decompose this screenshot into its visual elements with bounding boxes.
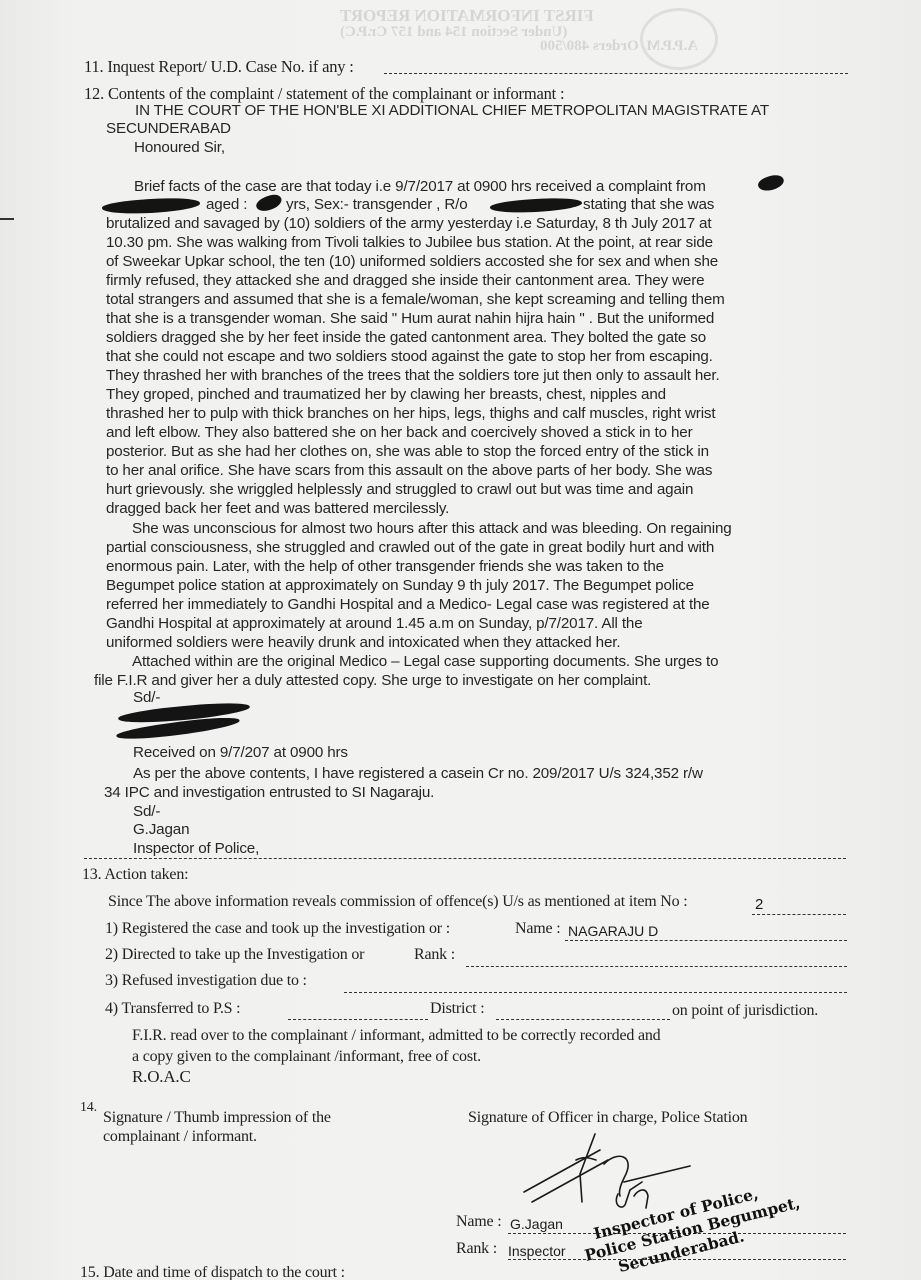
complaint-line: hurt grievously. she wriggled helplessly…: [106, 481, 693, 498]
item15-label: 15. Date and time of dispatch to the cou…: [80, 1264, 345, 1280]
complaint-line: posterior. But as she had her clothes on…: [106, 443, 709, 460]
fir-read-line-1: F.I.R. read over to the complainant / in…: [132, 1027, 660, 1045]
complainant-sd: Sd/-: [133, 689, 160, 706]
redaction-mark: [756, 172, 785, 194]
complaint-line: partial consciousness, she struggled and…: [106, 539, 714, 556]
registered-line-1: As per the above contents, I have regist…: [133, 765, 703, 782]
received-note: Received on 9/7/207 at 0900 hrs: [133, 744, 348, 761]
court-line-2: SECUNDERABAD: [106, 120, 231, 137]
complaint-line: Gandhi Hospital at approximately at arou…: [106, 615, 643, 632]
item12-label: 12. Contents of the complaint / statemen…: [84, 84, 564, 104]
salutation: Honoured Sir,: [134, 139, 225, 156]
option3-refused-field[interactable]: [344, 992, 847, 993]
redaction-mark: [490, 196, 583, 215]
complaint-line: total strangers and assumed that she is …: [106, 291, 725, 308]
complaint-line: Brief facts of the case are that today i…: [134, 178, 706, 195]
margin-mark: [0, 218, 14, 220]
officer-signature-label: Signature of Officer in charge, Police S…: [468, 1109, 747, 1127]
complaint-line: enormous pain. Later, with the help of o…: [106, 558, 664, 575]
item14-rank-label: Rank :: [456, 1240, 497, 1258]
item11-field[interactable]: [384, 73, 848, 74]
item14-name-value: G.Jagan: [510, 1216, 563, 1232]
complaint-sex-residence: yrs, Sex:- transgender , R/o: [286, 196, 468, 213]
bleed-through-title: FIRST INFORMATION REPORT: [340, 6, 594, 26]
option1-name-field[interactable]: [565, 940, 847, 941]
option2-label: 2) Directed to take up the Investigation…: [105, 946, 364, 964]
complaint-line: soldiers dragged she by her feet inside …: [106, 329, 706, 346]
complaint-line: Begumpet police station at approximately…: [106, 577, 694, 594]
complaint-line: file F.I.R and giver her a duly attested…: [94, 672, 651, 689]
option4-district-label: District :: [430, 1000, 484, 1018]
option1-name-label: Name :: [515, 920, 560, 938]
option4-ps-field[interactable]: [288, 1019, 428, 1020]
complaint-line: of Sweekar Upkar school, the ten (10) un…: [106, 253, 718, 270]
item14-number: 14.: [80, 1100, 97, 1116]
registered-line-2: 34 IPC and investigation entrusted to SI…: [104, 784, 434, 801]
item14-rank-value: Inspector: [508, 1243, 566, 1259]
complaint-line: to her anal orifice. She have scars from…: [106, 462, 712, 479]
option4-district-field[interactable]: [496, 1019, 670, 1020]
complaint-line: dragged back her feet and was battered m…: [106, 500, 449, 517]
bleed-through-subtitle: (Under Section 154 and 157 Cr.P.C): [340, 24, 567, 41]
complaint-line: 10.30 pm. She was walking from Tivoli ta…: [106, 234, 713, 251]
court-line-1: IN THE COURT OF THE HON'BLE XI ADDITIONA…: [135, 102, 769, 119]
item12-end-rule: [84, 858, 846, 859]
fir-read-line-2: a copy given to the complainant /informa…: [132, 1048, 481, 1066]
complaint-line: They thrashed her with branches of the t…: [106, 367, 720, 384]
complaint-aged: aged :: [206, 196, 247, 213]
option3-label: 3) Refused investigation due to :: [105, 972, 307, 990]
option2-rank-field[interactable]: [466, 966, 847, 967]
item14-name-label: Name :: [456, 1213, 501, 1231]
complaint-line: thrashed her to pulp with thick branches…: [106, 405, 715, 422]
option4-label: 4) Transferred to P.S :: [105, 1000, 240, 1018]
option4-jurisdiction: on point of jurisdiction.: [672, 1002, 818, 1020]
officer-sd: Sd/-: [133, 803, 160, 820]
item13-item-no-value: 2: [755, 896, 763, 913]
option2-rank-label: Rank :: [414, 946, 455, 964]
complaint-line: uniformed soldiers were heavily drunk an…: [106, 634, 620, 651]
redaction-mark: [102, 196, 201, 217]
roac: R.O.A.C: [132, 1067, 191, 1087]
complaint-stating: stating that she was: [583, 196, 714, 213]
option1-label: 1) Registered the case and took up the i…: [105, 920, 450, 938]
complaint-line: brutalized and savaged by (10) soldiers …: [106, 215, 711, 232]
complaint-line: Attached within are the original Medico …: [132, 653, 718, 670]
option1-name-value: NAGARAJU D: [568, 923, 658, 939]
bleed-through-emblem: [640, 8, 718, 70]
complaint-line: She was unconscious for almost two hours…: [132, 520, 732, 537]
complaint-line: They groped, pinched and traumatized her…: [106, 386, 666, 403]
item13-since-text: Since The above information reveals comm…: [108, 893, 687, 911]
item13-label: 13. Action taken:: [82, 866, 188, 884]
complaint-line: that she could not escape and two soldie…: [106, 348, 713, 365]
complaint-line: referred her immediately to Gandhi Hospi…: [106, 596, 710, 613]
officer-rank: Inspector of Police,: [133, 840, 259, 857]
item13-item-no-field[interactable]: [752, 914, 846, 915]
item14-label-line-1: Signature / Thumb impression of the: [103, 1109, 331, 1127]
officer-name: G.Jagan: [133, 821, 189, 838]
complaint-line: and left elbow. They also battered she o…: [106, 424, 692, 441]
complaint-line: firmly refused, they attacked she and dr…: [106, 272, 704, 289]
item14-label-line-2: complainant / informant.: [103, 1128, 257, 1146]
document-page: FIRST INFORMATION REPORT (Under Section …: [0, 0, 921, 1280]
item11-label: 11. Inquest Report/ U.D. Case No. if any…: [84, 57, 354, 77]
complaint-line: that she is a transgender woman. She sai…: [106, 310, 714, 327]
